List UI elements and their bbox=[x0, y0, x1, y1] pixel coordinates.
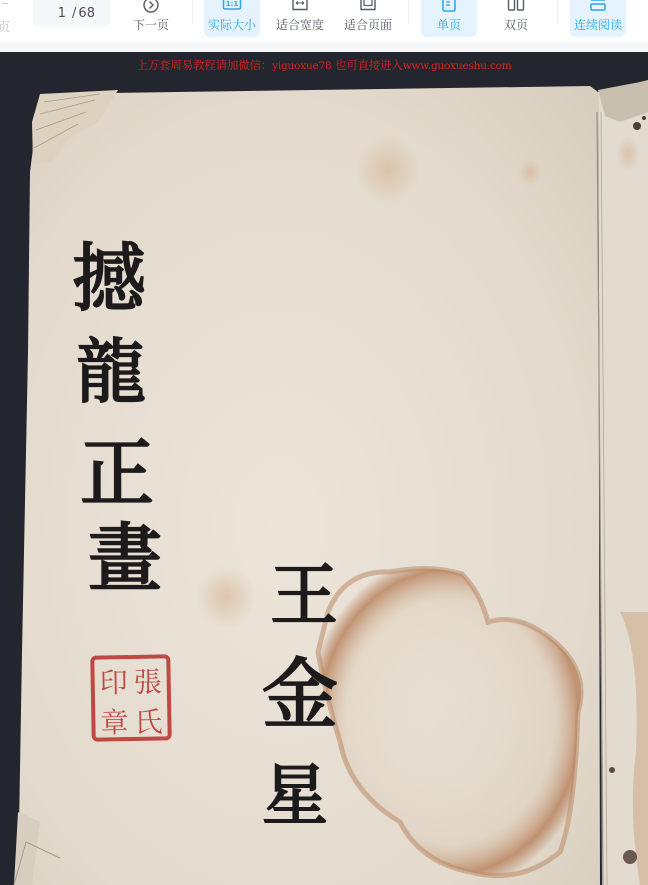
toolbar-spacer bbox=[0, 42, 648, 52]
double-page-icon bbox=[507, 0, 525, 14]
seal-char: 章 bbox=[100, 701, 129, 741]
watermark-text-2: 也可直接进入 bbox=[331, 58, 402, 72]
viewer-toolbar: 页 / 68 下一页 1:1 实际大小 适合宽度 bbox=[0, 0, 648, 42]
author-char: 王 bbox=[270, 562, 338, 630]
double-page-button[interactable]: 双页 bbox=[490, 0, 542, 37]
next-page-button[interactable]: 下一页 bbox=[128, 0, 174, 37]
prev-page-label: 页 bbox=[0, 18, 10, 35]
continuous-reading-button[interactable]: 连续阅读 bbox=[570, 0, 626, 37]
fit-width-icon bbox=[291, 0, 309, 12]
watermark-text: 上万套周易教程请加微信： bbox=[136, 58, 272, 72]
book-title-char: 撼 bbox=[72, 242, 146, 316]
book-title-char: 龍 bbox=[76, 337, 146, 407]
red-seal-stamp: 印 張 章 氏 bbox=[90, 654, 171, 741]
next-page-label: 下一页 bbox=[133, 18, 169, 32]
fit-page-icon bbox=[359, 0, 377, 12]
chevron-right-circle-icon bbox=[142, 0, 160, 14]
fit-width-button[interactable]: 适合宽度 bbox=[270, 0, 330, 37]
page-number-input[interactable] bbox=[48, 6, 66, 21]
page-separator: / bbox=[72, 6, 76, 21]
watermark-url[interactable]: www.guoxueshu.com bbox=[403, 60, 512, 72]
actual-size-button[interactable]: 1:1 实际大小 bbox=[204, 0, 260, 37]
author-char: 星 bbox=[262, 762, 328, 828]
toolbar-divider bbox=[408, 0, 409, 24]
seal-char: 張 bbox=[133, 660, 162, 700]
prev-page-icon bbox=[2, 0, 8, 4]
single-page-label: 单页 bbox=[437, 18, 461, 32]
single-page-icon bbox=[441, 0, 457, 14]
book-title-char: 正 bbox=[80, 437, 154, 511]
svg-text:1:1: 1:1 bbox=[226, 0, 239, 8]
double-page-label: 双页 bbox=[504, 18, 528, 32]
author-char: 金 bbox=[262, 657, 338, 733]
prev-page-button[interactable]: 页 bbox=[0, 0, 14, 37]
toolbar-divider bbox=[192, 0, 193, 24]
fit-width-label: 适合宽度 bbox=[276, 18, 324, 32]
seal-char: 氏 bbox=[134, 700, 163, 740]
actual-size-label: 实际大小 bbox=[208, 18, 256, 32]
actual-size-icon: 1:1 bbox=[222, 0, 242, 12]
watermark-wechat: yiguoxue78 bbox=[272, 60, 331, 72]
page-indicator: / 68 bbox=[33, 0, 110, 27]
document-viewer[interactable]: 上万套周易教程请加微信：yiguoxue78 也可直接进入www.guoxues… bbox=[0, 52, 648, 885]
page-total: 68 bbox=[78, 6, 95, 21]
fit-page-label: 适合页面 bbox=[344, 18, 392, 32]
book-title-char: 畫 bbox=[88, 522, 162, 596]
continuous-reading-label: 连续阅读 bbox=[574, 18, 622, 32]
fit-page-button[interactable]: 适合页面 bbox=[338, 0, 398, 37]
watermark-banner: 上万套周易教程请加微信：yiguoxue78 也可直接进入www.guoxues… bbox=[0, 57, 648, 73]
toolbar-divider bbox=[557, 0, 558, 24]
seal-char: 印 bbox=[99, 661, 128, 701]
continuous-reading-icon bbox=[589, 0, 607, 14]
single-page-button[interactable]: 单页 bbox=[421, 0, 477, 37]
